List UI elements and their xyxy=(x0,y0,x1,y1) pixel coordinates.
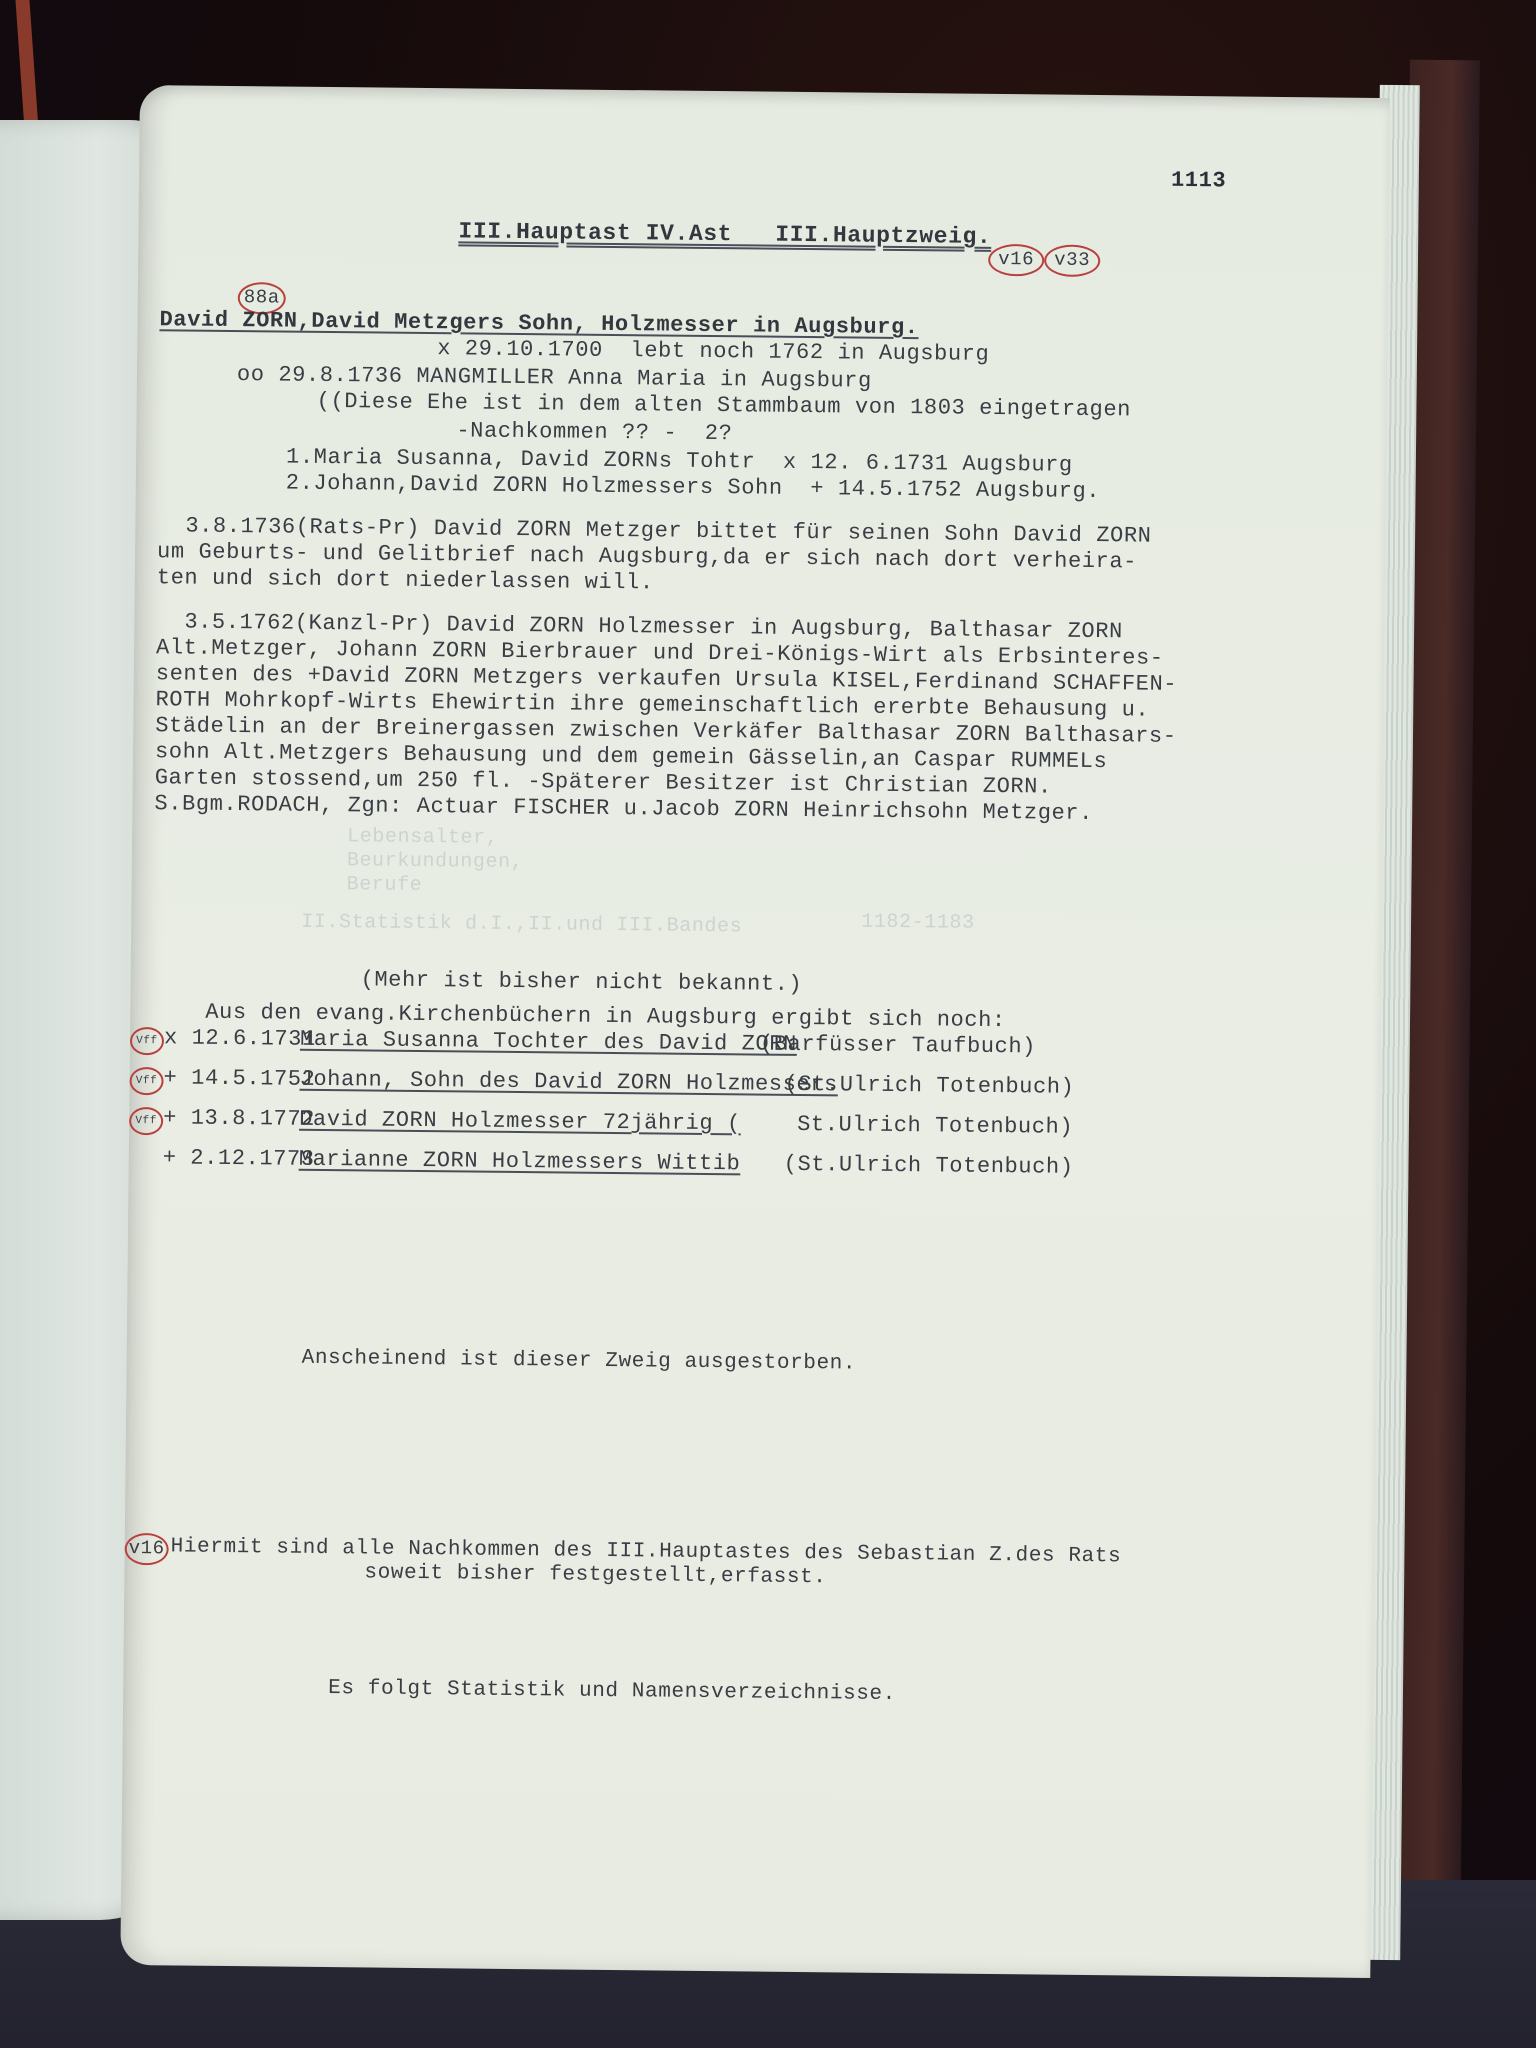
show-through-text: Beurkundungen, xyxy=(347,849,524,874)
church-record-date: + 14.5.1752 xyxy=(163,1065,315,1092)
entry-birth-line: x 29.10.1700 lebt noch 1762 in Augsburg xyxy=(437,336,989,367)
church-record-source: (St.Ulrich Totenbuch) xyxy=(784,1152,1074,1180)
check-marker: Vff xyxy=(129,1107,163,1135)
check-marker: Vff xyxy=(130,1027,164,1055)
church-record-source: St.Ulrich Totenbuch) xyxy=(797,1112,1073,1140)
church-record-text: David ZORN Holzmesser 72jährig ( xyxy=(299,1107,741,1137)
entry-children-count: -Nachkommen ?? - 2? xyxy=(456,418,732,446)
show-through-toc-pages: 1182-1183 xyxy=(861,911,975,935)
more-note: (Mehr ist bisher nicht bekannt.) xyxy=(361,967,803,997)
entry-name-line: David ZORN,David Metzgers Sohn, Holzmess… xyxy=(159,307,918,340)
ref-mark-v16: v16 xyxy=(988,244,1044,277)
ref-mark-v33: v33 xyxy=(1044,244,1100,277)
church-record-date: + 13.8.1772 xyxy=(163,1105,315,1132)
check-marker: Vff xyxy=(129,1067,163,1095)
page-content: 1113 III.Hauptast IV.Ast III.Hauptzweig.… xyxy=(120,85,1390,1978)
entry-note-line: ((Diese Ehe ist in dem alten Stammbaum v… xyxy=(317,389,1132,423)
church-record-date: x 12.6.1731 xyxy=(164,1025,316,1052)
church-record-source: (St.Ulrich Totenbuch) xyxy=(784,1072,1074,1100)
section-heading: III.Hauptast IV.Ast III.Hauptzweig. xyxy=(458,218,991,250)
church-record-text: Johann, Sohn des David ZORN Holzmessers xyxy=(299,1067,838,1098)
show-through-text: Lebensalter, xyxy=(347,825,498,850)
record-line: ten und sich dort niederlassen will. xyxy=(157,565,654,595)
show-through-text: Berufe xyxy=(347,873,423,897)
church-record-date: + 2.12.1773 xyxy=(163,1145,315,1172)
extinct-note: Anscheinend ist dieser Zweig ausgestorbe… xyxy=(302,1347,857,1376)
closing-ref-mark: v16 xyxy=(125,1533,169,1565)
show-through-toc: II.Statistik d.I.,II.und III.Bandes xyxy=(301,911,742,939)
church-record-source: (Barfüsser Taufbuch) xyxy=(760,1032,1036,1060)
follows-note: Es folgt Statistik und Namensverzeichnis… xyxy=(328,1677,896,1706)
bookmark-ribbon xyxy=(15,0,38,130)
page-number: 1113 xyxy=(1171,168,1226,194)
church-record-text: Marianne ZORN Holzmessers Wittib xyxy=(299,1147,741,1177)
document-page: 1113 III.Hauptast IV.Ast III.Hauptzweig.… xyxy=(120,85,1390,1978)
church-record-text: Maria Susanna Tochter des David ZORN xyxy=(300,1027,797,1057)
closing-line: soweit bisher festgestellt,erfasst. xyxy=(364,1561,826,1589)
